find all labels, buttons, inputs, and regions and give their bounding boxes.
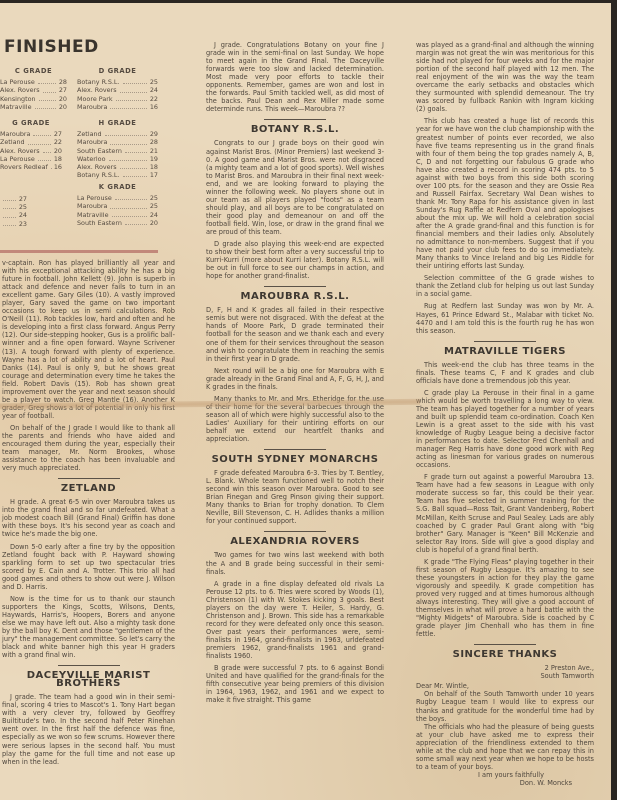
ladder-row: Botany R.S.L.25	[77, 78, 158, 86]
ladder-heading: G GRADE	[0, 119, 62, 127]
team-points: 28	[59, 78, 67, 86]
article-text: v-captain. Ron has played brilliantly al…	[2, 259, 175, 420]
team-points: 24	[150, 211, 158, 219]
heading-zetland: ZETLAND	[2, 485, 175, 493]
article-text: F grade defeated Maroubra 6-3. Tries by …	[206, 469, 384, 525]
ladder-row: Zetland22	[0, 138, 62, 146]
team-points: 16	[54, 163, 62, 171]
article-text: Congrats to our J grade boys on their go…	[206, 139, 384, 236]
leader-dots	[112, 211, 147, 217]
team-name: Alex. Rovers	[0, 147, 40, 155]
team-name: Matraville	[77, 211, 109, 219]
team-name: Maroubra	[0, 130, 30, 138]
team-name: Zetland	[0, 138, 25, 146]
team-points: 24	[150, 86, 158, 94]
team-points: 25	[150, 202, 158, 210]
team-points: 22	[54, 138, 62, 146]
ladder-c-grade: C GRADELa Perouse28Alex. Rovers27Kensing…	[0, 67, 67, 111]
article-text: This week-end the club has three teams i…	[416, 361, 594, 385]
team-points: 27	[59, 86, 67, 94]
team-name: La Perouse	[77, 194, 112, 202]
ladder-heading: C GRADE	[0, 67, 67, 75]
ladder-row: Alex. Rovers20	[0, 147, 62, 155]
heading-monarchs: SOUTH SYDNEY MONARCHS	[206, 456, 384, 464]
team-points: 27	[19, 195, 27, 203]
leader-dots	[120, 86, 147, 92]
letter-address: South Tamworth	[416, 672, 594, 680]
ladder-row: Rovers Redleaf16	[0, 163, 62, 171]
ladder-row: Kensington20	[0, 95, 67, 103]
ladder-row: 27	[0, 195, 27, 203]
team-name: Alex. Rovers	[77, 163, 117, 171]
divider-bar	[0, 250, 158, 253]
article-text: Now is the time for us to thank our stau…	[2, 595, 175, 659]
article-text: This club has created a huge list of rec…	[416, 117, 594, 270]
article-text: Two games for two wins last weekend with…	[206, 551, 384, 575]
article-text: Next round will be a big one for Maroubr…	[206, 367, 384, 391]
page-title: FINISHED	[4, 37, 99, 57]
article-text: was played as a grand-final and although…	[416, 41, 594, 113]
leader-dots	[3, 195, 16, 201]
article-text: Rug at Redfern last Sunday was won by Mr…	[416, 302, 594, 334]
leader-dots	[43, 147, 51, 153]
leader-dots	[115, 194, 147, 200]
leader-dots	[110, 138, 146, 144]
team-points: 20	[54, 147, 62, 155]
article-text: Selection committee of the G grade wishe…	[416, 274, 594, 298]
ladder-row: Alex. Rovers18	[77, 163, 158, 171]
team-points: 17	[150, 171, 158, 179]
divider	[474, 341, 536, 342]
heading-sincere-thanks: SINCERE THANKS	[416, 651, 594, 659]
leader-dots	[116, 95, 147, 101]
article-text: K grade "The Flying Fleas" playing toget…	[416, 558, 594, 638]
ladder-row: South Eastern20	[77, 219, 158, 227]
article-text: D grade also playing this week-end are e…	[206, 240, 384, 280]
team-points: 20	[59, 103, 67, 111]
ladder-row: La Perouse25	[77, 194, 158, 202]
team-name: South Eastern	[77, 147, 122, 155]
ladder-row: Matraville24	[77, 211, 158, 219]
team-name: Maroubra	[77, 138, 107, 146]
ladder-g-grade: G GRADEMaroubra27Zetland22Alex. Rovers20…	[0, 119, 62, 171]
article-text: J grade. The team had a good win in thei…	[2, 693, 175, 765]
ladder-heading: D GRADE	[77, 67, 158, 75]
leader-dots	[38, 155, 51, 161]
article-text: Down 5-0 early after a fine try by the o…	[2, 543, 175, 591]
heading-botany: BOTANY R.S.L.	[206, 126, 384, 134]
divider	[474, 644, 536, 645]
team-name: Waterloo	[77, 155, 106, 163]
letter-signature: Don. W. Moncks	[416, 779, 594, 787]
leader-dots	[123, 171, 147, 177]
leader-dots	[38, 78, 56, 84]
article-text: B grade were successful 7 pts. to 6 agai…	[206, 664, 384, 704]
letter-closing: I am yours faithfully	[416, 771, 594, 779]
article-text: F grade turn out against a powerful Maro…	[416, 473, 594, 553]
ladder-row: Maroubra25	[77, 202, 158, 210]
heading-daceyville: DACEYVILLE MARIST BROTHERS	[2, 672, 175, 688]
leader-dots	[125, 219, 147, 225]
team-name: Rovers Redleaf	[0, 163, 48, 171]
team-points: 29	[150, 130, 158, 138]
article-text: On behalf of the South Tamworth under 10…	[416, 690, 594, 722]
article-text: The officials who had the pleasure of be…	[416, 723, 594, 771]
article-text: A grade in a fine display defeated old r…	[206, 580, 384, 660]
article-text: C grade play La Perouse in their final i…	[416, 389, 594, 469]
ladder-heading: H GRADE	[77, 119, 158, 127]
letter-salutation: Dear Mr. Wintle,	[416, 682, 594, 690]
team-points: 18	[54, 155, 62, 163]
leader-dots	[110, 103, 146, 109]
team-name: Botany R.S.L.	[77, 171, 120, 179]
heading-alexandria: ALEXANDRIA ROVERS	[206, 538, 384, 546]
leader-dots	[39, 95, 56, 101]
divider	[264, 449, 326, 450]
ladder-k-grade: K GRADELa Perouse25Maroubra25Matraville2…	[77, 183, 158, 227]
leader-dots	[28, 138, 51, 144]
article-text: J grade. Congratulations Botany on your …	[206, 41, 384, 113]
team-points: 21	[150, 147, 158, 155]
letter-address: 2 Preston Ave.,	[416, 664, 594, 672]
team-points: 27	[54, 130, 62, 138]
divider	[264, 119, 326, 120]
ladder-row: La Perouse28	[0, 78, 67, 86]
team-name: Zetland	[77, 130, 102, 138]
ladder-row: Maroubra27	[0, 130, 62, 138]
ladder-row: Moore Park22	[77, 95, 158, 103]
column-3: was played as a grand-final and although…	[416, 41, 594, 787]
team-name: Botany R.S.L.	[77, 78, 120, 86]
team-points: 22	[150, 95, 158, 103]
ladder-row: Waterloo19	[77, 155, 158, 163]
article-text: On behalf of the J grade I would like to…	[2, 424, 175, 472]
divider	[58, 478, 120, 479]
team-name: La Perouse	[0, 155, 35, 163]
team-points: 23	[19, 220, 27, 228]
ladder-row: 25	[0, 203, 27, 211]
leader-dots	[123, 78, 147, 84]
ladder-row: 23	[0, 220, 27, 228]
ladder-row: Alex. Rovers27	[0, 86, 67, 94]
leader-dots	[110, 202, 146, 208]
team-name: Maroubra	[77, 202, 107, 210]
ladder-d-grade: D GRADEBotany R.S.L.25Alex. Rovers24Moor…	[77, 67, 158, 111]
ladder-row: Botany R.S.L.17	[77, 171, 158, 179]
column-1: v-captain. Ron has played brilliantly al…	[2, 259, 175, 770]
ladder-row: La Perouse18	[0, 155, 62, 163]
divider	[58, 665, 120, 666]
team-name: Matraville	[0, 103, 32, 111]
team-points: 20	[150, 219, 158, 227]
divider	[264, 286, 326, 287]
leader-dots	[105, 130, 147, 136]
team-points: 25	[19, 203, 27, 211]
heading-maroubra: MAROUBRA R.S.L.	[206, 293, 384, 301]
team-points: 18	[150, 163, 158, 171]
team-name: Moore Park	[77, 95, 113, 103]
leader-dots	[3, 220, 16, 226]
article-text: D, F, H and K grades all failed in their…	[206, 306, 384, 362]
ladder-row: Matraville20	[0, 103, 67, 111]
ladder-row: 24	[0, 211, 27, 219]
leader-dots	[109, 155, 147, 161]
leader-dots	[3, 203, 16, 209]
background-edge	[611, 0, 617, 800]
article-text: H grade. A great 6-5 win over Maroubra t…	[2, 498, 175, 538]
ladder-j-grade: 27252423	[0, 195, 27, 228]
team-points: 25	[150, 194, 158, 202]
team-points: 25	[150, 78, 158, 86]
ladder-row: South Eastern21	[77, 147, 158, 155]
team-points: 16	[150, 103, 158, 111]
column-2: J grade. Congratulations Botany on your …	[206, 41, 384, 708]
leader-dots	[35, 103, 56, 109]
ladder-row: Maroubra16	[77, 103, 158, 111]
leader-dots	[43, 86, 56, 92]
team-name: South Eastern	[77, 219, 122, 227]
ladder-row: Alex. Rovers24	[77, 86, 158, 94]
team-name: La Perouse	[0, 78, 35, 86]
ladder-row: Maroubra28	[77, 138, 158, 146]
ladder-h-grade: H GRADEZetland29Maroubra28South Eastern2…	[77, 119, 158, 179]
team-name: Alex. Rovers	[77, 86, 117, 94]
leader-dots	[120, 163, 147, 169]
leader-dots	[125, 147, 147, 153]
ladder-row: Zetland29	[77, 130, 158, 138]
team-name: Kensington	[0, 95, 36, 103]
team-name: Maroubra	[77, 103, 107, 111]
team-points: 28	[150, 138, 158, 146]
ladder-heading: K GRADE	[77, 183, 158, 191]
team-points: 19	[150, 155, 158, 163]
leader-dots	[33, 130, 50, 136]
newsletter-page: FINISHED C GRADELa Perouse28Alex. Rovers…	[0, 3, 612, 800]
team-points: 20	[59, 95, 67, 103]
team-points: 24	[19, 211, 27, 219]
divider	[264, 531, 326, 532]
leader-dots	[3, 211, 16, 217]
heading-matraville: MATRAVILLE TIGERS	[416, 348, 594, 356]
team-name: Alex. Rovers	[0, 86, 40, 94]
